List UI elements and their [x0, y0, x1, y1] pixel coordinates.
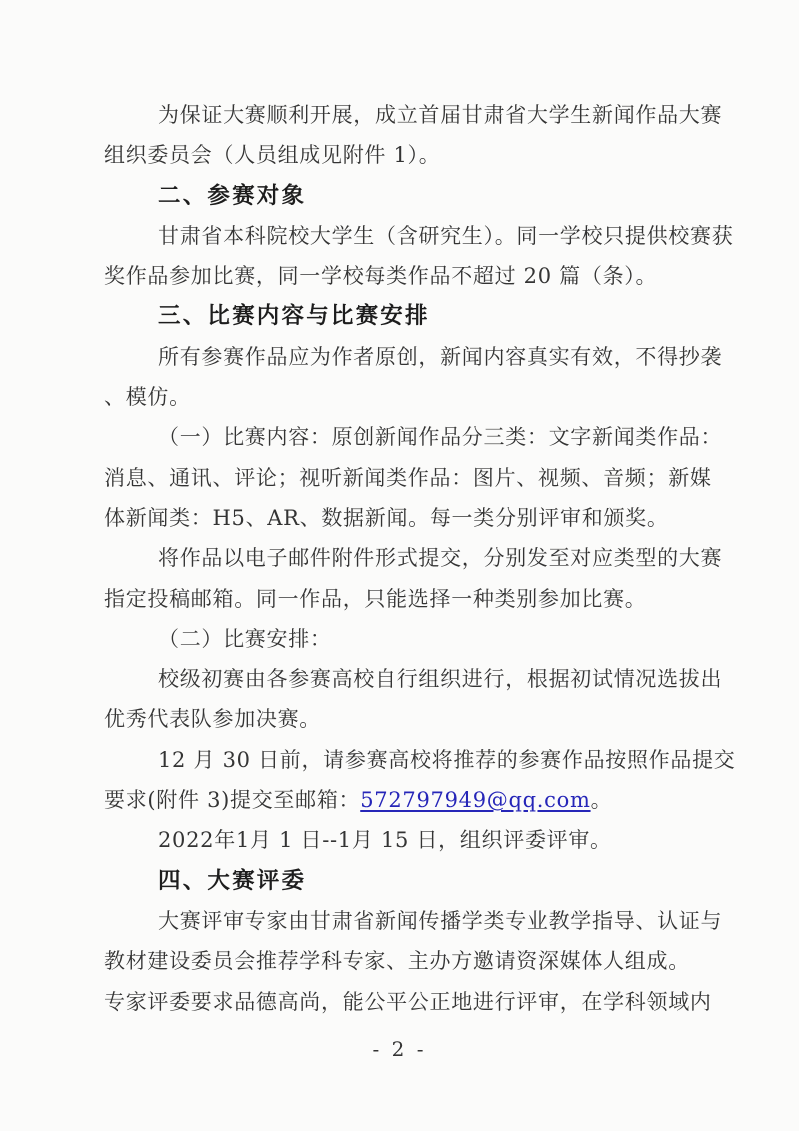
text-line: 指定投稿邮箱。同一作品，只能选择一种类别参加比赛。	[104, 579, 716, 619]
section-heading-3: 三、比赛内容与比赛安排	[104, 296, 716, 336]
page-number: - 2 -	[0, 1037, 799, 1061]
text-line: 组织委员会（人员组成见附件 1）。	[104, 135, 716, 175]
text-line: （一）比赛内容：原创新闻作品分三类：文字新闻类作品：	[104, 417, 716, 457]
text-line: 将作品以电子邮件附件形式提交，分别发至对应类型的大赛	[104, 538, 716, 578]
text-line: 教材建设委员会推荐学科专家、主办方邀请资深媒体人组成。	[104, 941, 716, 981]
text-line: 所有参赛作品应为作者原创，新闻内容真实有效，不得抄袭	[104, 337, 716, 377]
text-line: 2022年1月 1 日--1月 15 日，组织评委评审。	[104, 820, 716, 860]
text-line: 大赛评审专家由甘肃省新闻传播学类专业教学指导、认证与	[104, 901, 716, 941]
text-line: （二）比赛安排：	[104, 619, 716, 659]
text-line: 奖作品参加比赛，同一学校每类作品不超过 20 篇（条）。	[104, 256, 716, 296]
text-line: 体新闻类：H5、AR、数据新闻。每一类分别评审和颁奖。	[104, 498, 716, 538]
section-heading-4: 四、大赛评委	[104, 861, 716, 901]
email-line-prefix: 要求(附件 3)提交至邮箱：	[104, 788, 360, 812]
text-line-with-email: 要求(附件 3)提交至邮箱：572797949@qq.com。	[104, 780, 716, 820]
text-line: 为保证大赛顺利开展，成立首届甘肃省大学生新闻作品大赛	[104, 95, 716, 135]
text-line: 优秀代表队参加决赛。	[104, 699, 716, 739]
section-heading-2: 二、参赛对象	[104, 176, 716, 216]
email-line-suffix: 。	[591, 788, 613, 812]
text-line: 、模仿。	[104, 377, 716, 417]
email-link[interactable]: 572797949@qq.com	[360, 788, 590, 812]
text-line: 12 月 30 日前，请参赛高校将推荐的参赛作品按照作品提交	[104, 740, 716, 780]
document-page: 为保证大赛顺利开展，成立首届甘肃省大学生新闻作品大赛 组织委员会（人员组成见附件…	[0, 0, 799, 1131]
document-body: 为保证大赛顺利开展，成立首届甘肃省大学生新闻作品大赛 组织委员会（人员组成见附件…	[104, 95, 716, 1022]
text-line: 校级初赛由各参赛高校自行组织进行，根据初试情况选拔出	[104, 659, 716, 699]
text-line: 消息、通讯、评论；视听新闻类作品：图片、视频、音频；新媒	[104, 458, 716, 498]
text-line: 甘肃省本科院校大学生（含研究生）。同一学校只提供校赛获	[104, 216, 716, 256]
text-line: 专家评委要求品德高尚，能公平公正地进行评审，在学科领域内	[104, 982, 716, 1022]
